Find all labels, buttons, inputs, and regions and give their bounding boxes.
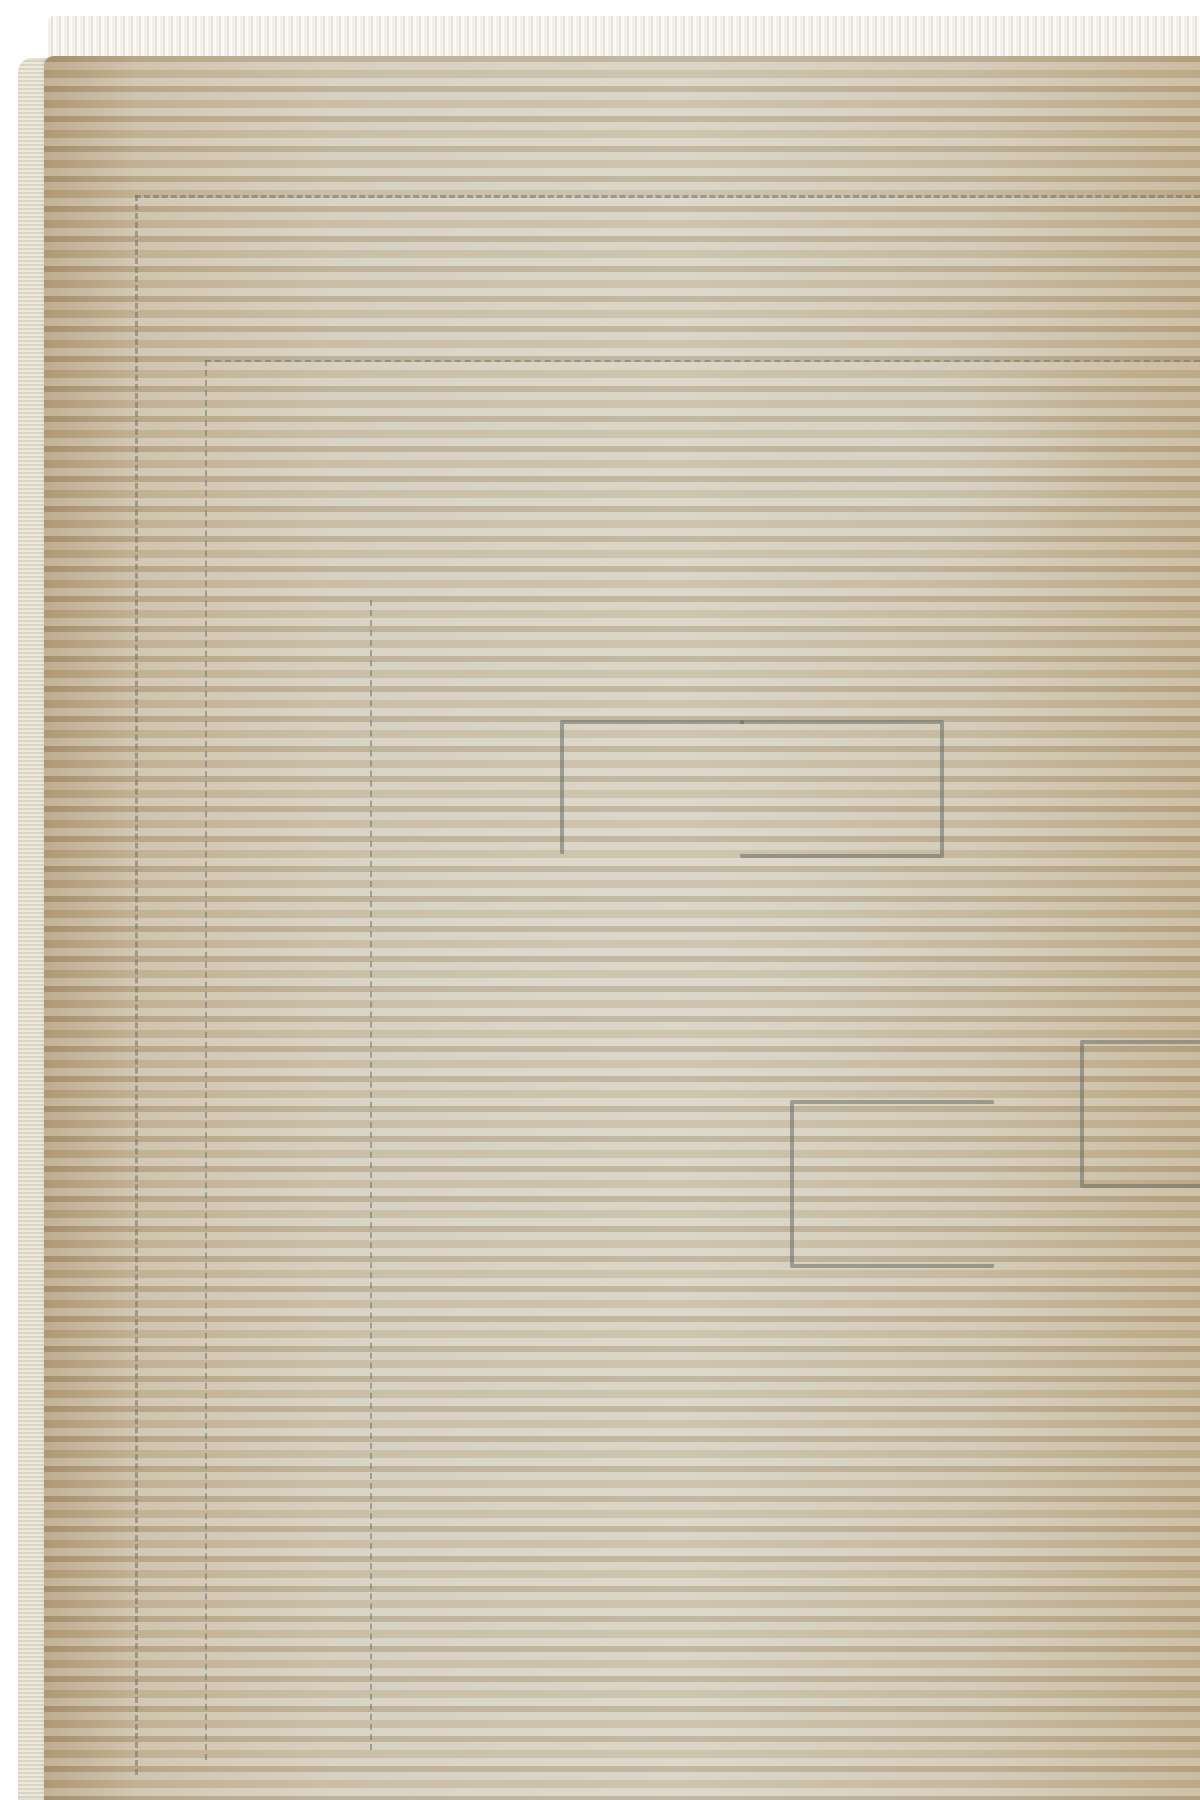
rug-motif-step-1	[560, 720, 744, 854]
rug-field	[44, 56, 1200, 1800]
rug-border-line-inner-horizontal	[205, 360, 1200, 363]
rug-border-line-outer-horizontal	[135, 195, 1200, 199]
rug-border-line-outer-vertical	[135, 195, 139, 1775]
rug-motif-step-3	[790, 1100, 994, 1268]
rug-border-line-inner-vertical	[205, 360, 208, 1760]
rug-border-line-field-vertical	[370, 600, 373, 1750]
rug-motif-step-4	[1080, 1040, 1200, 1188]
rug-motif-step-2	[740, 720, 944, 858]
